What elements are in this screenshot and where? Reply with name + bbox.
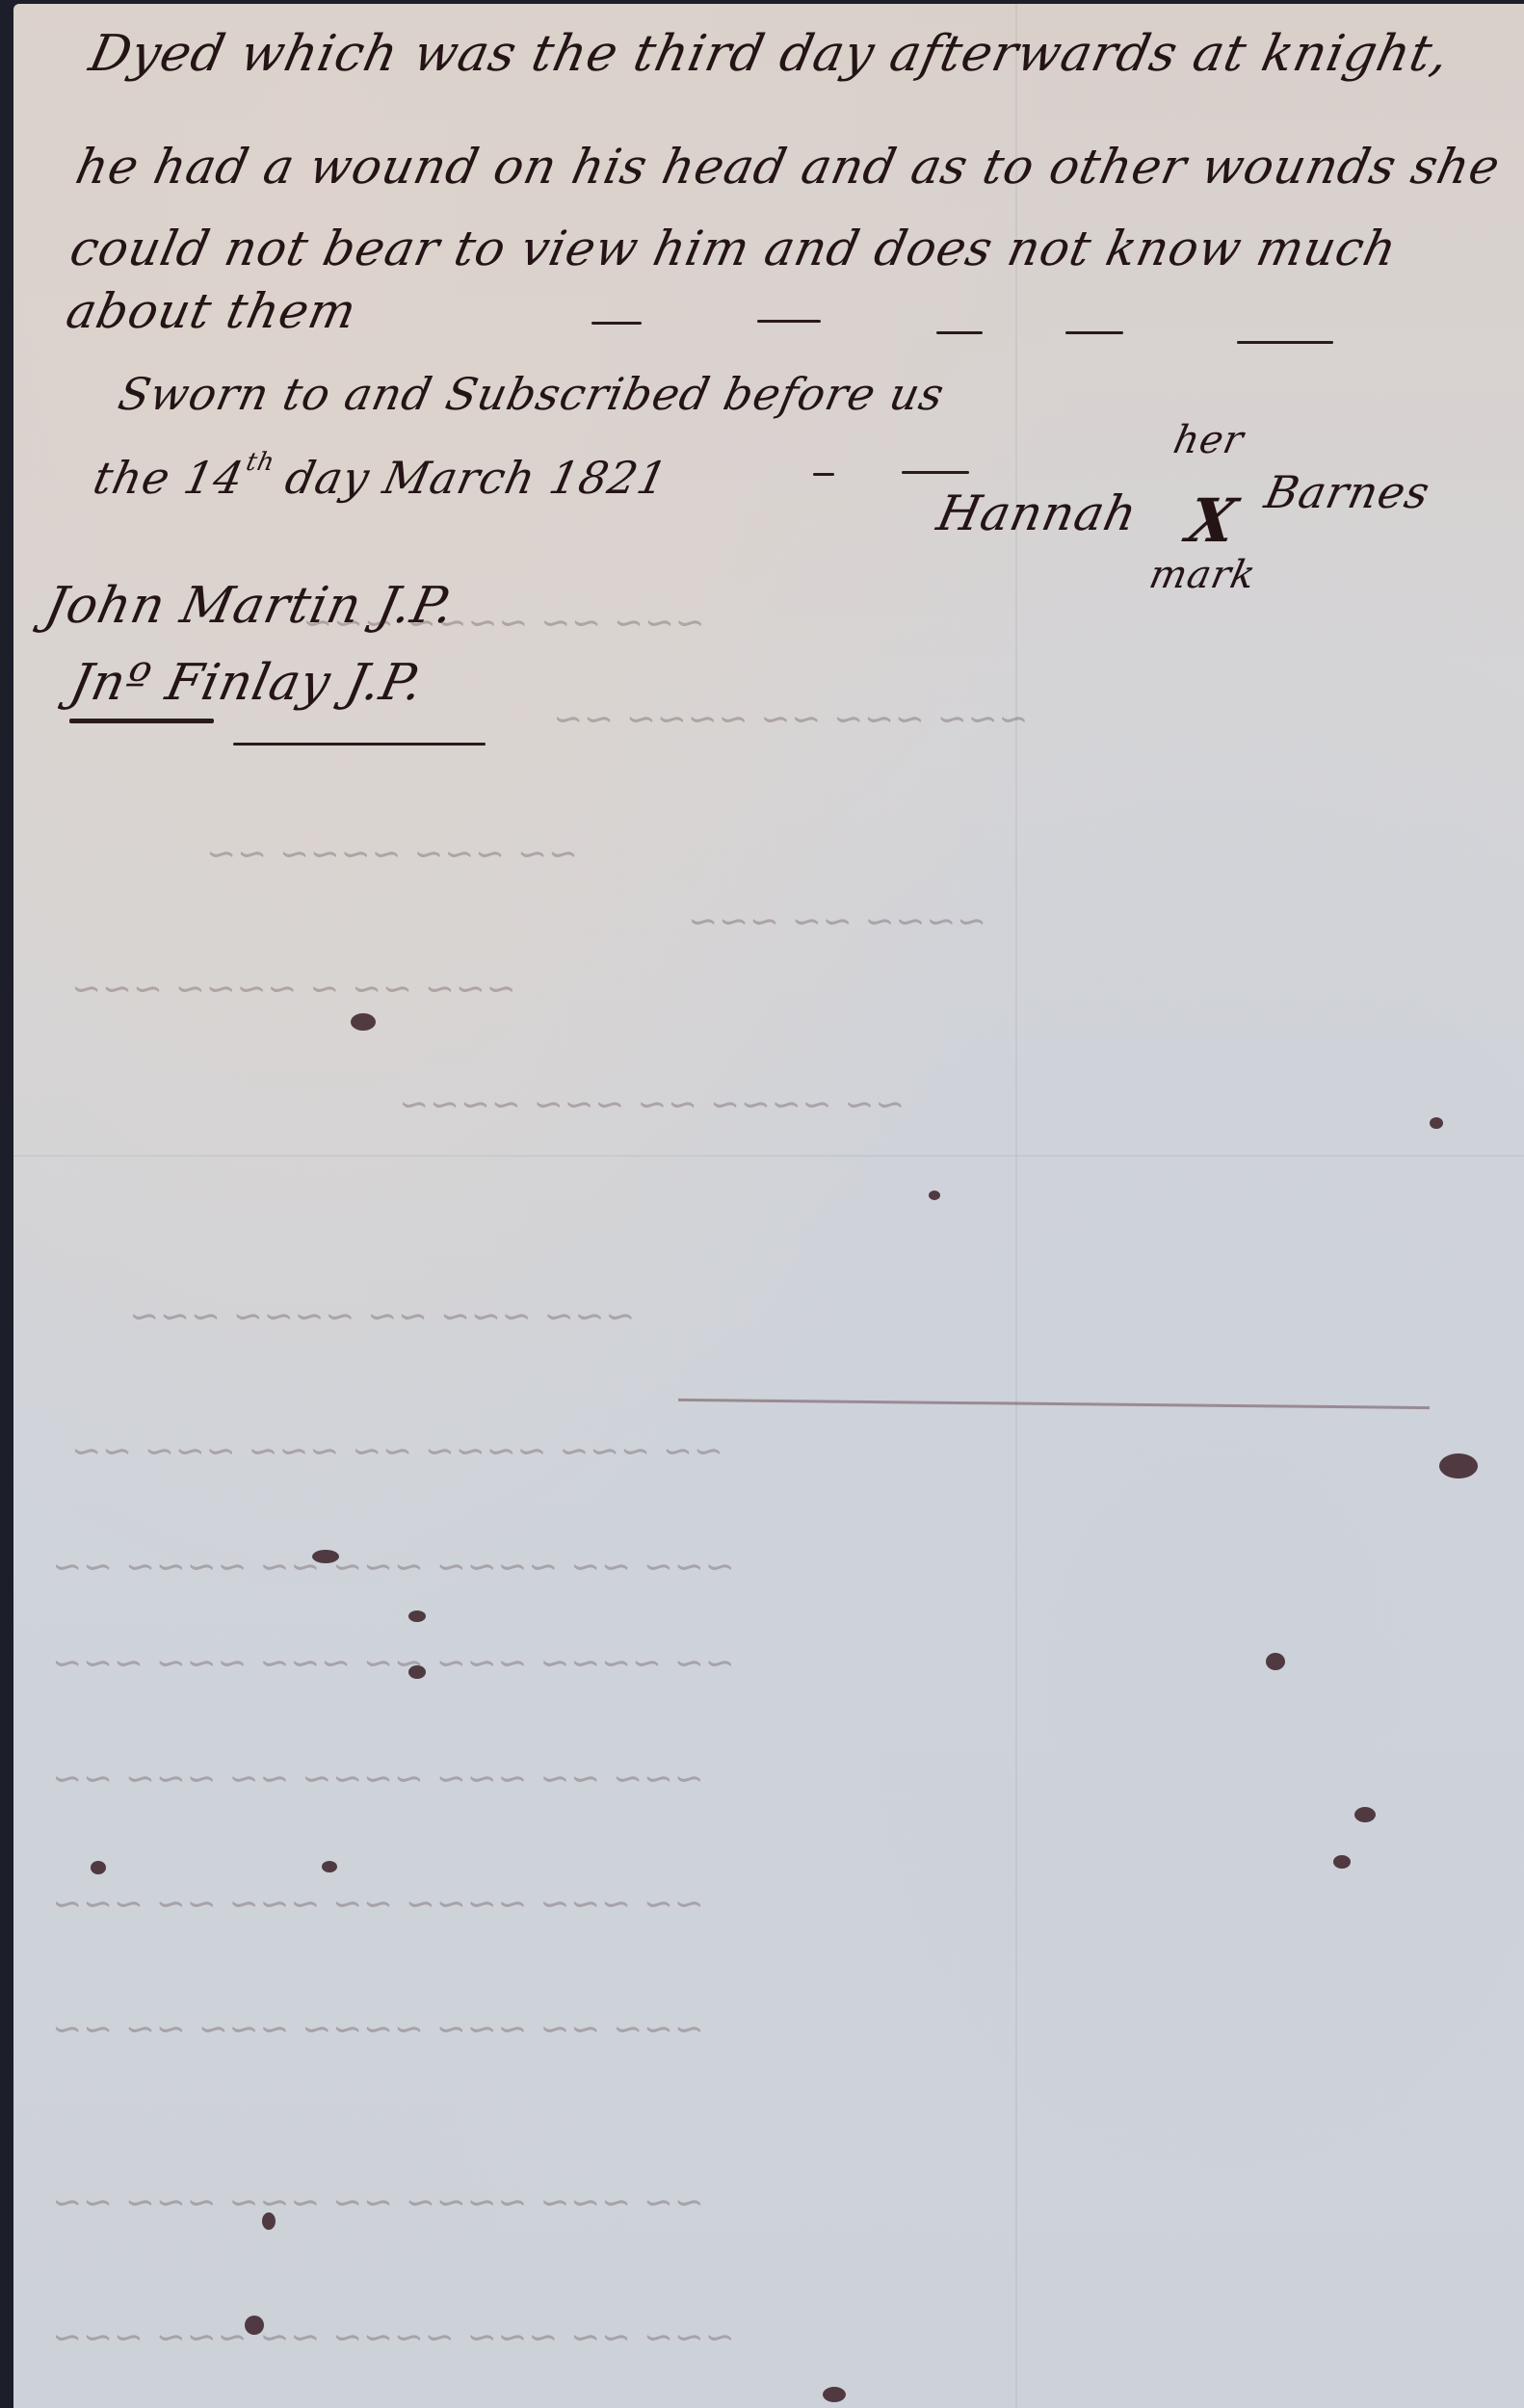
signature-underline xyxy=(233,743,486,746)
line-filler-dash xyxy=(757,320,821,323)
signature-first-name: Hannah xyxy=(933,485,1143,541)
jurat-date-prefix: the 14 xyxy=(89,452,249,504)
ink-blot xyxy=(1354,1807,1376,1822)
jurat-line-1: Sworn to and Subscribed before us xyxy=(114,368,949,420)
ink-blot xyxy=(1266,1653,1285,1670)
jurat-dash xyxy=(902,471,969,474)
paper-fold-horizontal xyxy=(13,1155,1524,1157)
ink-blot xyxy=(823,2387,846,2402)
signature-last-name: Barnes xyxy=(1260,466,1434,518)
ink-blot xyxy=(1439,1453,1478,1479)
jurat-date-ordinal: th xyxy=(244,448,278,477)
body-line-4: about them xyxy=(62,283,362,339)
signature-mark-cross: X xyxy=(1181,485,1244,556)
jurat-line-2: the 14th day March 1821 xyxy=(89,452,672,504)
ink-blot xyxy=(929,1191,940,1200)
jurat-date-suffix: day March 1821 xyxy=(281,452,673,504)
signature-her: her xyxy=(1169,418,1248,462)
jurat-dash xyxy=(813,473,834,476)
paper-fold-vertical xyxy=(1015,4,1017,2408)
bleed-through-rule-line xyxy=(678,1399,1430,1409)
justice-signature-2: Jnº Finlay J.P. xyxy=(66,654,429,712)
line-filler-dash xyxy=(591,322,642,325)
ink-blot xyxy=(408,1610,426,1622)
ink-blot xyxy=(262,2212,276,2230)
ink-blot xyxy=(351,1013,376,1031)
line-filler-dash xyxy=(1065,331,1123,334)
signature-underline xyxy=(69,719,214,723)
body-line-1: Dyed which was the third day afterwards … xyxy=(85,25,1455,83)
body-line-3: could not bear to view him and does not … xyxy=(66,221,1403,276)
signature-mark-label: mark xyxy=(1145,553,1260,597)
line-filler-dash xyxy=(936,331,983,334)
ink-blot xyxy=(408,1665,426,1679)
body-line-2: he had a wound on his head and as to oth… xyxy=(71,139,1506,195)
line-filler-dash xyxy=(1237,341,1333,344)
ink-blot xyxy=(1333,1855,1351,1869)
ink-blot xyxy=(1430,1117,1443,1129)
ink-blot xyxy=(245,2316,264,2335)
ink-blot xyxy=(312,1550,339,1563)
ink-blot xyxy=(322,1861,337,1872)
manuscript-page: Dyed which was the third day afterwards … xyxy=(13,4,1524,2408)
ink-blot xyxy=(91,1861,106,1874)
